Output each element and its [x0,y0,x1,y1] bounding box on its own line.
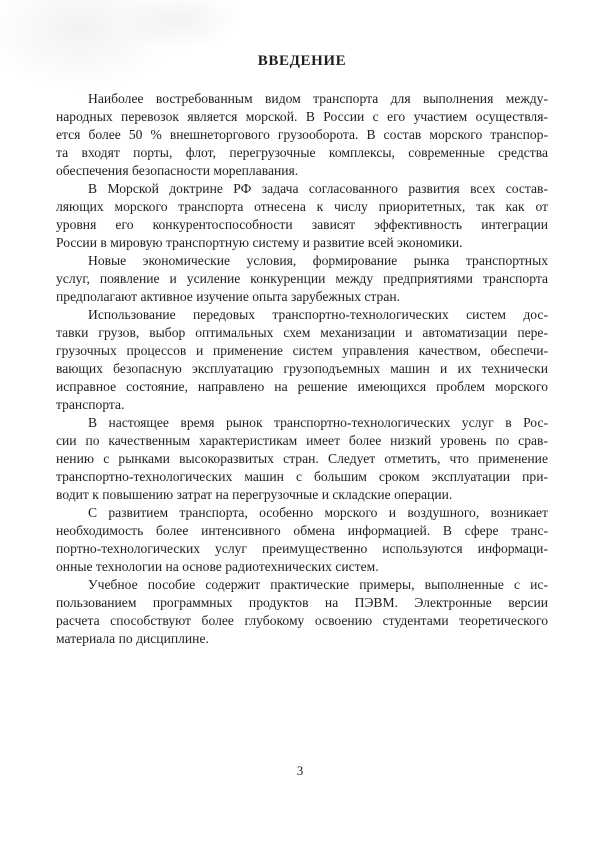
text-line: услуг, появление и усиление конкуренции … [56,270,548,288]
text-line: вающих безопасную эксплуатацию грузоподъ… [56,360,548,378]
text-line: пользованием программных продуктов на ПЭ… [56,594,548,612]
text-line: портно-технологических услуг преимуществ… [56,540,548,558]
text-line: С развитием транспорта, особенно морског… [56,504,548,522]
text-line: расчета способствуют более глубокому осв… [56,612,548,630]
text-line: Использование передовых транспортно-техн… [56,306,548,324]
text-line: ется более 50 % внешнеторгового грузообо… [56,126,548,144]
text-line: транспорта. [56,396,548,414]
paragraph: Учебное пособие содержит практические пр… [56,576,548,648]
text-line: сии по качественным характеристикам имее… [56,432,548,450]
text-line: России в мировую транспортную систему и … [56,234,548,252]
text-line: В Морской доктрине РФ задача согласованн… [56,180,548,198]
document-page: ВВЕДЕНИЕ Наиболее востребованным видом т… [0,0,600,849]
text-line: предполагают активное изучение опыта зар… [56,288,548,306]
paragraph: В настоящее время рынок транспортно-техн… [56,414,548,504]
text-line: Новые экономические условия, формировани… [56,252,548,270]
text-line: Наиболее востребованным видом транспорта… [56,90,548,108]
text-line: необходимость более интенсивного обмена … [56,522,548,540]
paragraph: Использование передовых транспортно-техн… [56,306,548,414]
scan-artifact [120,0,240,50]
text-line: материала по дисциплине. [56,630,548,648]
text-line: водит к повышению затрат на перегрузочны… [56,486,548,504]
paragraph: С развитием транспорта, особенно морског… [56,504,548,576]
text-line: нению с рынками высокоразвитых стран. Сл… [56,450,548,468]
text-line: тавки грузов, выбор оптимальных схем мех… [56,324,548,342]
page-title: ВВЕДЕНИЕ [56,53,548,70]
text-line: народных перевозок является морской. В Р… [56,108,548,126]
scan-artifact [0,0,175,90]
text-line: исправное состояние, направлено на решен… [56,378,548,396]
page-number: 3 [0,763,600,779]
text-line: транспортно-технологических машин с боль… [56,468,548,486]
text-line: ляющих морского транспорта отнесена к чи… [56,198,548,216]
text-line: онные технологии на основе радиотехничес… [56,558,548,576]
text-line: В настоящее время рынок транспортно-техн… [56,414,548,432]
text-line: та входят порты, флот, перегрузочные ком… [56,144,548,162]
paragraph: Новые экономические условия, формировани… [56,252,548,306]
text-line: уровня его конкурентоспособности зависят… [56,216,548,234]
text-line: Учебное пособие содержит практические пр… [56,576,548,594]
body-text: Наиболее востребованным видом транспорта… [56,90,548,648]
text-line: грузочных процессов и применение систем … [56,342,548,360]
text-line: обеспечения безопасности мореплавания. [56,162,548,180]
paragraph: В Морской доктрине РФ задача согласованн… [56,180,548,252]
paragraph: Наиболее востребованным видом транспорта… [56,90,548,180]
